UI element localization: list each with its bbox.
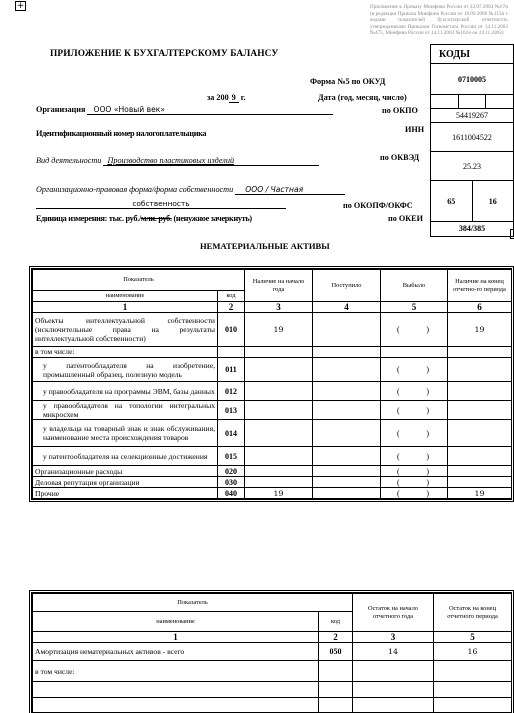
row-disposed-value[interactable]: () [381,401,448,420]
row-start-value[interactable]: 19 [245,488,313,499]
disposed-parentheses: () [383,387,445,396]
row-start-value[interactable] [245,420,313,447]
period-suffix: г. [241,93,246,102]
disposed-parentheses: () [383,452,445,461]
row-name: Деловая репутация организации [33,477,218,488]
header-received: Поступило [313,270,381,302]
row-end-value[interactable] [448,466,512,477]
disposed-parentheses: () [383,429,445,438]
column-number: 3 [353,632,434,643]
unit-note: (ненужное зачеркнуть) [173,214,251,223]
row-disposed-value[interactable]: () [381,488,448,499]
row-code [319,682,353,698]
inn-code[interactable]: 1611004522 [431,123,513,152]
period-year[interactable]: 9 [229,93,239,103]
table-row: у патентообладателя на изобретение, пром… [33,358,512,382]
row-name: Организационные расходы [33,466,218,477]
date-label: Дата (год, месяц, число) [318,93,407,102]
row-code: 020 [218,466,245,477]
row-received-value[interactable] [313,313,381,347]
table-row: Объекты интеллектуальной собственности (… [33,313,512,347]
inn-label: ИНН [405,125,424,134]
table-row: у владельца на товарный знак и знак обсл… [33,420,512,447]
header-end: Наличие на конец отчетно-го периода [448,270,512,302]
row-code [319,661,353,682]
period-line: за 2009 г. [207,93,246,103]
row-start-value[interactable] [245,447,313,466]
row-received-value[interactable] [313,401,381,420]
row-end-value[interactable] [448,447,512,466]
row-end-value[interactable] [448,382,512,401]
row-name: в том числе: [33,661,319,682]
row-start-value[interactable] [245,477,313,488]
unit-thousand-rub[interactable]: тыс. руб. [109,214,139,223]
organization-label: Организация [36,105,85,114]
row-disposed-value[interactable]: () [381,466,448,477]
row-start-value[interactable] [353,682,434,698]
header-code: код [319,612,353,632]
row-received-value[interactable] [313,420,381,447]
table-row: у правообладателя на программы ЭВМ, базы… [33,382,512,401]
row-code: 011 [218,358,245,382]
row-received[interactable] [313,347,381,358]
disposed-parentheses: () [383,325,445,334]
row-start-value[interactable] [245,466,313,477]
table-move-handle-icon[interactable]: + [15,1,26,11]
row-end[interactable] [448,347,512,358]
date-month-cell[interactable] [459,95,487,108]
unit-million-rub-struck[interactable]: млн. руб. [141,214,172,223]
table-row: Организационные расходы020() [33,466,512,477]
row-end-value[interactable]: 19 [448,488,512,499]
okei-code[interactable]: 384/385 [431,222,513,236]
row-end-value[interactable] [448,477,512,488]
row-name: у правообладателя на топологии интеграль… [33,401,218,420]
table-row: Деловая репутация организации030() [33,477,512,488]
row-end-value[interactable] [448,401,512,420]
unit-label: Единица измерения: [36,214,107,223]
row-disposed-value[interactable]: () [381,477,448,488]
table-row: в том числе: [33,661,512,682]
table-row: Амортизация нематериальных активов - все… [33,643,512,661]
disposed-parentheses: () [383,489,445,498]
row-received-value[interactable] [313,382,381,401]
disposed-parentheses: () [383,478,445,487]
row-disposed-value[interactable]: () [381,447,448,466]
legal-form-field-2[interactable]: собственность [36,199,286,209]
okopf-okfs-cells: 65 16 [431,181,513,222]
row-code: 010 [218,313,245,347]
legal-form-label: Организационно-правовая форма/форма собс… [36,185,233,194]
row-end-value[interactable]: 19 [448,313,512,347]
row-received-value[interactable] [313,466,381,477]
header-name: наименование [33,291,218,302]
form-okud-label: Форма №5 по ОКУД [310,77,385,86]
row-start[interactable] [245,347,313,358]
row-name: Амортизация нематериальных активов - все… [33,643,319,661]
date-year-cell[interactable] [431,95,459,108]
order-reference-note: Приложение к Приказу Минфина России от 2… [370,4,508,37]
row-start-value[interactable]: 19 [245,313,313,347]
table-row: Прочие04019()19 [33,488,512,499]
row-name: Объекты интеллектуальной собственности (… [33,313,218,347]
column-number: 6 [448,302,512,313]
column-number: 1 [33,302,218,313]
okei-label: по ОКЕИ [388,214,423,223]
column-number: 1 [33,632,319,643]
row-name [33,698,319,713]
row-code: 013 [218,401,245,420]
intangible-assets-table: Показатель Наличие на начало года Поступ… [29,266,514,502]
okved-code[interactable]: 25.23 [431,152,513,181]
okved-label: по ОКВЭД [380,153,419,162]
row-disposed-value[interactable]: () [381,313,448,347]
row-end-value[interactable] [448,420,512,447]
row-code: 040 [218,488,245,499]
row-code: 014 [218,420,245,447]
row-start-value[interactable] [353,698,434,713]
table-row: в том числе: [33,347,512,358]
row-disposed-value[interactable]: () [381,382,448,401]
row-received-value[interactable] [313,447,381,466]
row-disposed-value[interactable]: () [381,358,448,382]
date-code-cells [431,95,513,109]
header-end: Остаток на конец отчетного периода [434,594,512,632]
row-name: у владельца на товарный знак и знак обсл… [33,420,218,447]
column-number: 5 [381,302,448,313]
column-number: 4 [313,302,381,313]
column-number: 2 [319,632,353,643]
amortization-table: Показатель Остаток на начало отчетного г… [29,590,514,713]
header-start: Остаток на начало отчетного года [353,594,434,632]
row-disposed[interactable] [381,347,448,358]
codes-header: КОДЫ [431,45,513,64]
table-row [33,682,512,698]
header-indicator: Показатель [33,270,245,291]
row-end-value[interactable] [448,358,512,382]
row-end-value[interactable] [434,698,512,713]
row-code [218,347,245,358]
okopf-code[interactable]: 65 [431,181,473,221]
activity-label: Вид деятельности [36,156,101,165]
row-start-value[interactable] [245,382,313,401]
table-row: у правообладателя на топологии интеграль… [33,401,512,420]
row-name: у правообладателя на программы ЭВМ, базы… [33,382,218,401]
row-received-value[interactable] [313,477,381,488]
row-code: 030 [218,477,245,488]
column-number: 2 [218,302,245,313]
row-end-value[interactable] [434,661,512,682]
codes-box: КОДЫ 0710005 54419267 1611004522 25.23 6… [430,44,514,237]
document-title: ПРИЛОЖЕНИЕ К БУХГАЛТЕРСКОМУ БАЛАНСУ [50,49,278,59]
row-code [319,698,353,713]
table-row [33,698,512,713]
header-indicator: Показатель [33,594,353,612]
date-day-cell[interactable] [486,95,513,108]
header-name: наименование [33,612,319,632]
row-received-value[interactable] [313,358,381,382]
row-disposed-value[interactable]: () [381,420,448,447]
disposed-parentheses: () [383,467,445,476]
okfs-code[interactable]: 16 [473,181,514,221]
header-code: код [218,291,245,302]
row-name: Прочие [33,488,218,499]
row-name [33,682,319,698]
row-start-value[interactable]: 14 [353,643,434,661]
row-code: 050 [319,643,353,661]
legal-form-field[interactable]: ООО / Частная [235,185,345,195]
row-code: 015 [218,447,245,466]
disposed-parentheses: () [383,406,445,415]
table-row: у патентообладателя на селекционные дост… [33,447,512,466]
order-note-italic: он 14.11.2003) [472,30,503,36]
row-name: у патентообладателя на изобретение, пром… [33,358,218,382]
activity-field[interactable]: Производство пластиковых изделий [103,156,319,166]
okpo-code[interactable]: 54419267 [431,109,513,123]
header-disposed: Выбыло [381,270,448,302]
row-code: 012 [218,382,245,401]
bracket-mark [510,229,514,239]
okpo-label: по ОКПО [382,106,418,115]
row-start-value[interactable] [353,661,434,682]
okopf-label: по ОКОПФ/ОКФС [343,201,413,210]
legal-form-row: Организационно-правовая форма/форма собс… [36,185,345,195]
unit-row: Единица измерения: тыс. руб./млн. руб. (… [36,214,252,223]
row-subhead: в том числе: [33,347,218,358]
section-title: НЕМАТЕРИАЛЬНЫЕ АКТИВЫ [200,241,330,251]
row-start-value[interactable] [245,358,313,382]
row-start-value[interactable] [245,401,313,420]
disposed-parentheses: () [383,365,445,374]
column-number: 3 [245,302,313,313]
header-start: Наличие на начало года [245,270,313,302]
row-name: у патентообладателя на селекционные дост… [33,447,218,466]
okud-code[interactable]: 0710005 [431,64,513,95]
legal-form-row-2: собственность [36,199,286,209]
organization-field[interactable]: ООО «Новый век» [87,105,333,115]
activity-row: Вид деятельности Производство пластиковы… [36,156,319,166]
column-number: 5 [434,632,512,643]
inn-caption: Идентификационный номер налогоплательщик… [36,129,206,138]
organization-row: Организация ООО «Новый век» [36,105,333,115]
row-end-value[interactable] [434,682,512,698]
row-end-value[interactable]: 16 [434,643,512,661]
period-prefix: за 200 [207,93,229,102]
row-received-value[interactable] [313,488,381,499]
